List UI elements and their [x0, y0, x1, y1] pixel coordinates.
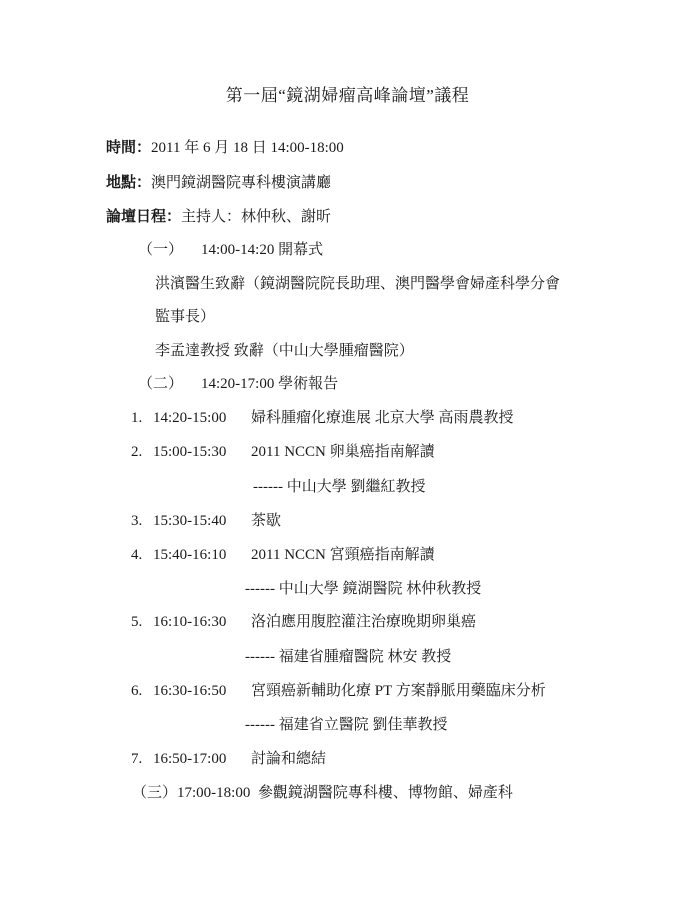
- item-time: 14:20-15:00: [153, 408, 251, 428]
- section-1-line-1: 洪濱醫生致辭（鏡湖醫院院長助理、澳門醫學會婦產科學分會: [155, 274, 560, 294]
- item-topic: 討論和總結: [251, 751, 326, 767]
- venue-row: 地點：澳門鏡湖醫院專科樓演講廳: [106, 172, 331, 192]
- agenda-item-7: 7.16:50-17:00討論和總結: [131, 749, 326, 769]
- item-number: 7.: [131, 749, 153, 769]
- agenda-item-1: 1.14:20-15:00婦科腫瘤化療進展 北京大學 高雨農教授: [131, 408, 514, 428]
- item-number: 4.: [131, 545, 153, 565]
- section-3-marker: （三）: [132, 785, 177, 801]
- section-3-time: 17:00-18:00: [177, 785, 250, 801]
- section-1-line-3: 李孟達教授 致辭（中山大學腫瘤醫院）: [155, 341, 414, 361]
- section-2-time: 14:20-17:00: [201, 376, 274, 392]
- schedule-row: 論壇日程：主持人：林仲秋、謝昕: [106, 206, 331, 226]
- section-2-marker: （二）: [138, 376, 183, 392]
- section-3-heading: （三）17:00-18:00 參觀鏡湖醫院專科樓、博物館、婦產科: [132, 783, 513, 803]
- item-topic: 茶歇: [251, 513, 281, 529]
- item-time: 15:30-15:40: [153, 511, 251, 531]
- section-2-heading: （二）14:20-17:00 學術報告: [138, 374, 338, 394]
- section-2-title: 學術報告: [278, 376, 338, 392]
- agenda-item-4-speaker: ------ 中山大學 鏡湖醫院 林仲秋教授: [245, 579, 481, 599]
- item-topic: 宮頸癌新輔助化療 PT 方案靜脈用藥臨床分析: [251, 683, 546, 699]
- item-topic: 婦科腫瘤化療進展 北京大學 高雨農教授: [251, 410, 514, 426]
- schedule-value: 主持人：林仲秋、謝昕: [181, 209, 331, 225]
- item-time: 16:10-16:30: [153, 612, 251, 632]
- section-1-time: 14:00-14:20: [201, 242, 274, 258]
- item-time: 16:50-17:00: [153, 749, 251, 769]
- time-label: 時間：: [106, 138, 151, 156]
- venue-label: 地點：: [106, 173, 151, 191]
- item-number: 5.: [131, 612, 153, 632]
- item-number: 1.: [131, 408, 153, 428]
- schedule-label: 論壇日程：: [106, 207, 181, 225]
- section-1-line-2: 監事長）: [155, 307, 215, 327]
- agenda-item-2-speaker: ------ 中山大學 劉繼紅教授: [253, 477, 425, 497]
- item-time: 15:40-16:10: [153, 545, 251, 565]
- section-3-title: 參觀鏡湖醫院專科樓、博物館、婦產科: [258, 785, 513, 801]
- agenda-item-6: 6.16:30-16:50宮頸癌新輔助化療 PT 方案靜脈用藥臨床分析: [131, 681, 546, 701]
- item-number: 2.: [131, 442, 153, 462]
- section-1-title: 開幕式: [278, 242, 323, 258]
- agenda-item-3: 3.15:30-15:40茶歇: [131, 511, 281, 531]
- time-row: 時間：2011 年 6 月 18 日 14:00-18:00: [106, 137, 344, 157]
- item-number: 3.: [131, 511, 153, 531]
- item-time: 15:00-15:30: [153, 442, 251, 462]
- agenda-item-2: 2.15:00-15:302011 NCCN 卵巢癌指南解讀: [131, 442, 435, 462]
- venue-value: 澳門鏡湖醫院專科樓演講廳: [151, 175, 331, 191]
- item-topic: 2011 NCCN 宮頸癌指南解讀: [251, 547, 435, 563]
- section-1-marker: （一）: [138, 242, 183, 258]
- item-topic: 2011 NCCN 卵巢癌指南解讀: [251, 444, 435, 460]
- document-title: 第一屆“鏡湖婦瘤高峰論壇”議程: [0, 86, 695, 106]
- agenda-item-6-speaker: ------ 福建省立醫院 劉佳華教授: [245, 715, 447, 735]
- time-value: 2011 年 6 月 18 日 14:00-18:00: [151, 140, 344, 156]
- item-topic: 洛泊應用腹腔灌注治療晚期卵巢癌: [251, 614, 476, 630]
- item-number: 6.: [131, 681, 153, 701]
- agenda-item-5: 5.16:10-16:30洛泊應用腹腔灌注治療晚期卵巢癌: [131, 612, 476, 632]
- agenda-item-5-speaker: ------ 福建省腫瘤醫院 林安 教授: [245, 647, 451, 667]
- agenda-item-4: 4.15:40-16:102011 NCCN 宮頸癌指南解讀: [131, 545, 435, 565]
- section-1-heading: （一）14:00-14:20 開幕式: [138, 240, 323, 260]
- item-time: 16:30-16:50: [153, 681, 251, 701]
